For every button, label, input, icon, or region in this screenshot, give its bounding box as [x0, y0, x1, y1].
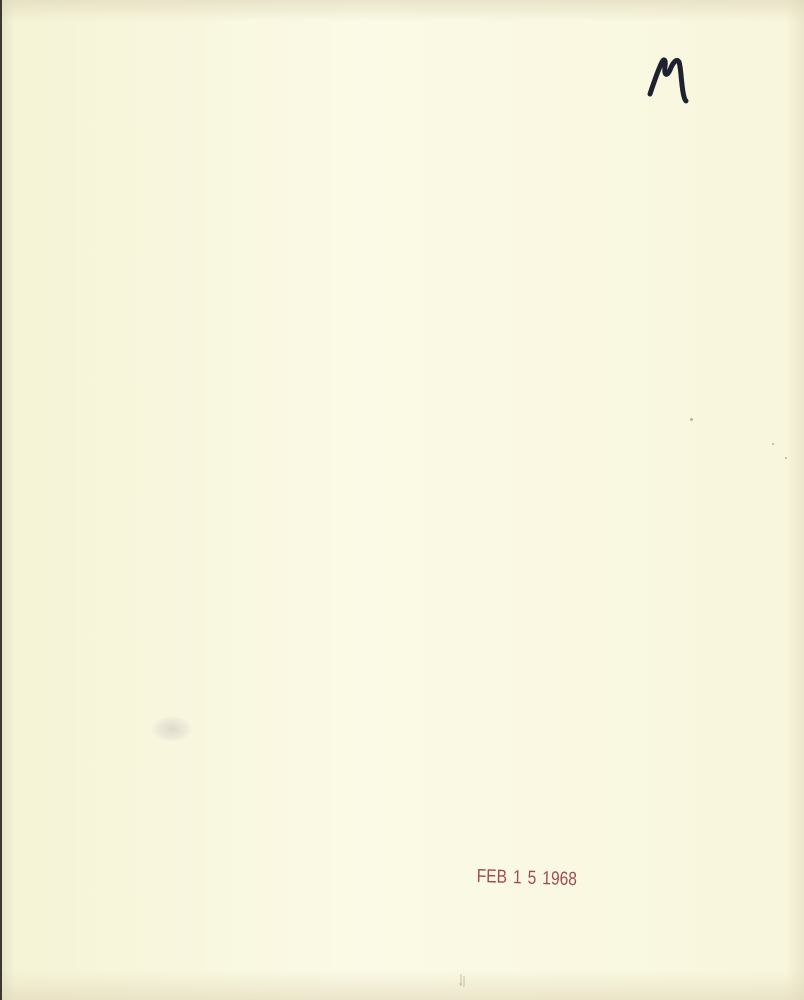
document-sheet: M FEB 1 5 1968 [0, 0, 804, 1000]
sheet-edge [0, 0, 2, 1000]
speck [690, 418, 693, 421]
speck [785, 457, 787, 459]
handwritten-m-annotation [644, 52, 692, 112]
faint-mark [458, 972, 468, 990]
date-stamp: FEB 1 5 1968 [477, 866, 578, 891]
speck [772, 443, 774, 445]
pencil-smudge [152, 716, 192, 742]
